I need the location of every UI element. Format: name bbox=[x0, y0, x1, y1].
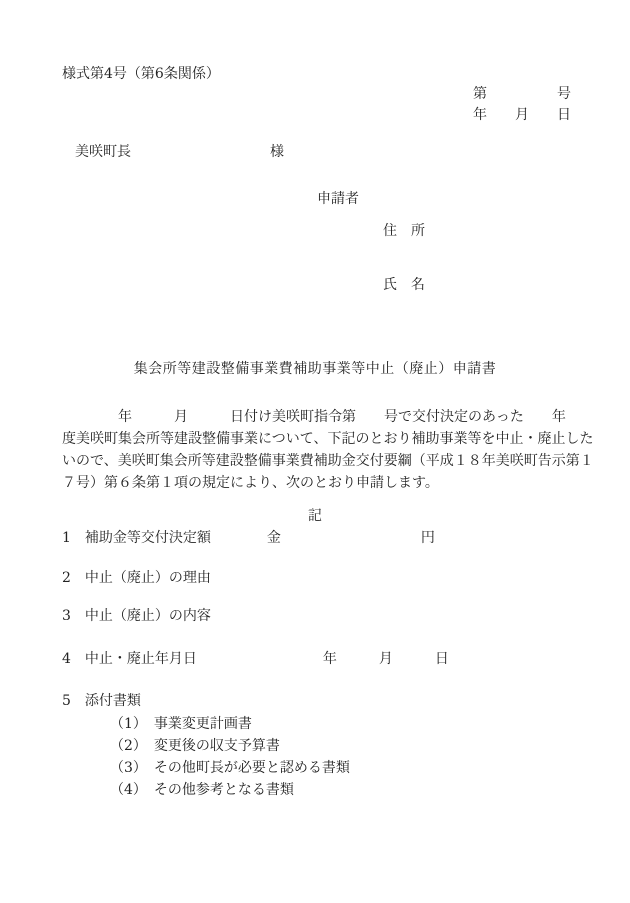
attachment-item-4: （4） その他参考となる書類 bbox=[110, 779, 630, 801]
addressee-name: 美咲町長 bbox=[75, 145, 131, 160]
applicant-address-label: 住 所 bbox=[383, 220, 425, 242]
attachment-item-2: （2） 変更後の収支予算書 bbox=[110, 735, 630, 757]
addressee-honorific: 様 bbox=[270, 145, 284, 160]
item-5-attached-documents: 5 添付書類 bbox=[62, 694, 630, 709]
document-title: 集会所等建設整備事業費補助事業等中止（廃止）申請書 bbox=[0, 362, 630, 377]
attachment-list: （1） 事業変更計画書 （2） 変更後の収支予算書 （3） その他町長が必要と認… bbox=[110, 713, 630, 801]
date-line: 年 月 日 bbox=[0, 108, 571, 123]
applicant-name-label: 氏 名 bbox=[383, 274, 425, 296]
attachment-item-1: （1） 事業変更計画書 bbox=[110, 713, 630, 735]
applicant-block: 申請者 住 所 氏 名 bbox=[317, 188, 630, 328]
body-line-2: 度美咲町集会所等建設整備事業について、下記のとおり補助事業等を中止・廃止した bbox=[62, 428, 602, 450]
addressee-line: 美咲町長 様 bbox=[75, 145, 630, 160]
document-page: 様式第4号（第6条関係） 第 号 年 月 日 美咲町長 様 申請者 住 所 氏 … bbox=[0, 0, 630, 903]
body-line-1: 年 月 日付け美咲町指令第 号で交付決定のあった 年 bbox=[62, 406, 602, 428]
item-3-cancellation-details: 3 中止（廃止）の内容 bbox=[62, 609, 630, 624]
document-number-line: 第 号 bbox=[0, 87, 571, 102]
applicant-fields: 住 所 氏 名 bbox=[383, 188, 425, 328]
attachment-item-3: （3） その他町長が必要と認める書類 bbox=[110, 757, 630, 779]
applicant-label: 申請者 bbox=[317, 188, 359, 210]
item-4-cancellation-date: 4 中止・廃止年月日 年 月 日 bbox=[62, 652, 630, 667]
body-paragraph: 年 月 日付け美咲町指令第 号で交付決定のあった 年 度美咲町集会所等建設整備事… bbox=[62, 406, 602, 494]
record-marker: 記 bbox=[0, 509, 630, 524]
item-1-grant-decision-amount: 1 補助金等交付決定額 金 円 bbox=[62, 531, 630, 546]
body-line-3: いので、美咲町集会所等建設整備事業費補助金交付要綱（平成１８年美咲町告示第１ bbox=[62, 450, 602, 472]
body-line-4: ７号）第６条第１項の規定により、次のとおり申請します。 bbox=[62, 472, 602, 494]
form-number-label: 様式第4号（第6条関係） bbox=[62, 67, 630, 82]
item-2-cancellation-reason: 2 中止（廃止）の理由 bbox=[62, 571, 630, 586]
